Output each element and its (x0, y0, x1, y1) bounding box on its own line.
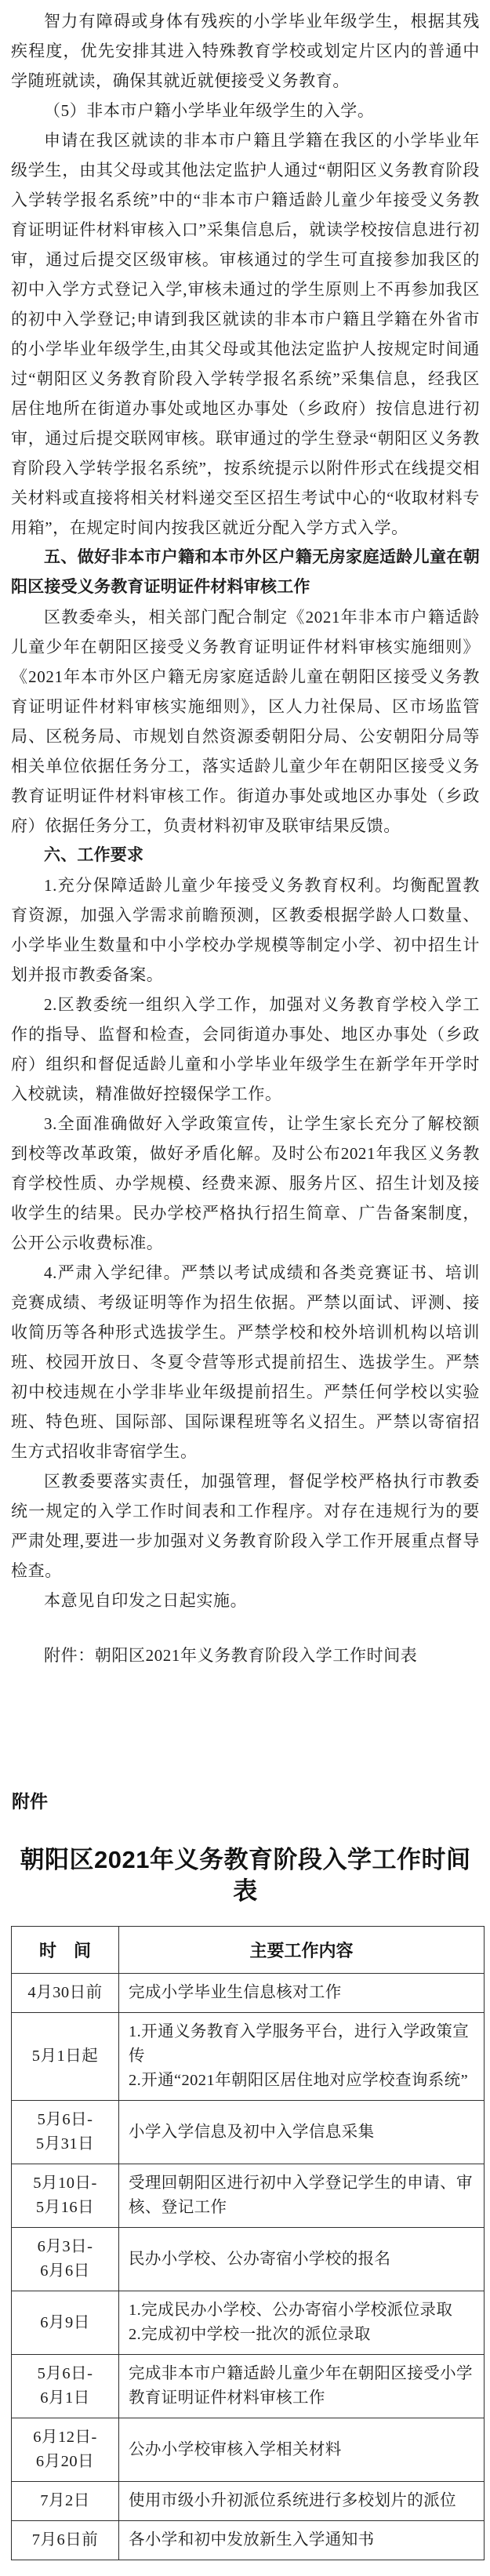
table-row: 6月3日- 6月6日民办小学校、公办寄宿小学校的报名 (12, 2228, 485, 2291)
paragraph: 附件：朝阳区2021年义务教育阶段入学工作时间表 (11, 1640, 480, 1670)
time-cell: 6月3日- 6月6日 (12, 2228, 119, 2291)
document-page: 智力有障碍或身体有残疾的小学毕业年级学生，根据其残疾程度，优先安排其进入特殊教育… (0, 0, 490, 2576)
paragraph: 1.充分保障适龄儿童少年接受义务教育权利。均衡配置教育资源，加强入学需求前瞻预测… (11, 870, 480, 990)
content-cell: 各小学和初中发放新生入学通知书 (119, 2521, 485, 2560)
column-header-content: 主要工作内容 (119, 1927, 485, 1974)
paragraph: 区教委牵头，相关部门配合制定《2021年非本市户籍适龄儿童少年在朝阳区接受义务教… (11, 602, 480, 841)
table-row: 7月6日前各小学和初中发放新生入学通知书 (12, 2521, 485, 2560)
table-row: 5月6日- 6月1日完成非本市户籍适龄儿童少年在朝阳区接受小学教育证明证件材料审… (12, 2355, 485, 2418)
time-cell: 5月6日- 5月31日 (12, 2101, 119, 2164)
content-cell: 1.开通义务教育入学服务平台，进行入学政策宣传 2.开通“2021年朝阳区居住地… (119, 2013, 485, 2101)
content-cell: 使用市级小升初派位系统进行多校划片的派位 (119, 2482, 485, 2521)
table-row: 6月12日- 6月20日公办小学校审核入学相关材料 (12, 2418, 485, 2482)
paragraph: 区教委要落实责任，加强管理，督促学校严格执行市教委统一规定的入学工作时间表和工作… (11, 1466, 480, 1586)
schedule-table-title: 朝阳区2021年义务教育阶段入学工作时间表 (11, 1844, 480, 1907)
paragraph: （5）非本市户籍小学毕业年级学生的入学。 (11, 96, 480, 125)
time-cell: 5月6日- 6月1日 (12, 2355, 119, 2418)
schedule-table: 时 间 主要工作内容 4月30日前完成小学毕业生信息核对工作5月1日起1.开通义… (11, 1926, 485, 2560)
table-row: 5月1日起1.开通义务教育入学服务平台，进行入学政策宣传 2.开通“2021年朝… (12, 2013, 485, 2101)
time-cell: 7月6日前 (12, 2521, 119, 2560)
time-cell: 4月30日前 (12, 1974, 119, 2013)
content-cell: 民办小学校、公办寄宿小学校的报名 (119, 2228, 485, 2291)
document-body: 智力有障碍或身体有残疾的小学毕业年级学生，根据其残疾程度，优先安排其进入特殊教育… (11, 6, 480, 1670)
time-cell: 5月1日起 (12, 2013, 119, 2101)
content-cell: 受理回朝阳区进行初中入学登记学生的申请、审核、登记工作 (119, 2164, 485, 2228)
time-cell: 6月12日- 6月20日 (12, 2418, 119, 2482)
table-header-row: 时 间 主要工作内容 (12, 1927, 485, 1974)
table-row: 5月6日- 5月31日小学入学信息及初中入学信息采集 (12, 2101, 485, 2164)
content-cell: 小学入学信息及初中入学信息采集 (119, 2101, 485, 2164)
content-cell: 完成小学毕业生信息核对工作 (119, 1974, 485, 2013)
paragraph: 3.全面准确做好入学政策宣传，让学生家长充分了解校额到校等改革政策，做好矛盾化解… (11, 1109, 480, 1258)
table-row: 4月30日前完成小学毕业生信息核对工作 (12, 1974, 485, 2013)
time-cell: 6月9日 (12, 2291, 119, 2355)
section-heading: 六、工作要求 (11, 841, 480, 870)
paragraph: 2.区教委统一组织入学工作，加强对义务教育学校入学工作的指导、监督和检查，会同街… (11, 990, 480, 1109)
table-row: 5月10日- 5月16日受理回朝阳区进行初中入学登记学生的申请、审核、登记工作 (12, 2164, 485, 2228)
time-cell: 5月10日- 5月16日 (12, 2164, 119, 2228)
paragraph: 4.严肃入学纪律。严禁以考试成绩和各类竞赛证书、培训竞赛成绩、考级证明等作为招生… (11, 1258, 480, 1466)
content-cell: 公办小学校审核入学相关材料 (119, 2418, 485, 2482)
content-cell: 1.完成民办小学校、公办寄宿小学校派位录取 2.完成初中学校一批次的派位录取 (119, 2291, 485, 2355)
table-row: 7月2日使用市级小升初派位系统进行多校划片的派位 (12, 2482, 485, 2521)
time-cell: 7月2日 (12, 2482, 119, 2521)
table-row: 6月9日1.完成民办小学校、公办寄宿小学校派位录取 2.完成初中学校一批次的派位… (12, 2291, 485, 2355)
paragraph: 本意见自印发之日起实施。 (11, 1586, 480, 1615)
paragraph: 申请在我区就读的非本市户籍且学籍在我区的小学毕业年级学生，由其父母或其他法定监护… (11, 125, 480, 543)
attachment-label: 附件 (12, 1789, 480, 1813)
content-cell: 完成非本市户籍适龄儿童少年在朝阳区接受小学教育证明证件材料审核工作 (119, 2355, 485, 2418)
paragraph: 智力有障碍或身体有残疾的小学毕业年级学生，根据其残疾程度，优先安排其进入特殊教育… (11, 6, 480, 96)
column-header-time: 时 间 (12, 1927, 119, 1974)
section-heading: 五、做好非本市户籍和本市外区户籍无房家庭适龄儿童在朝阳区接受义务教育证明证件材料… (11, 543, 480, 602)
